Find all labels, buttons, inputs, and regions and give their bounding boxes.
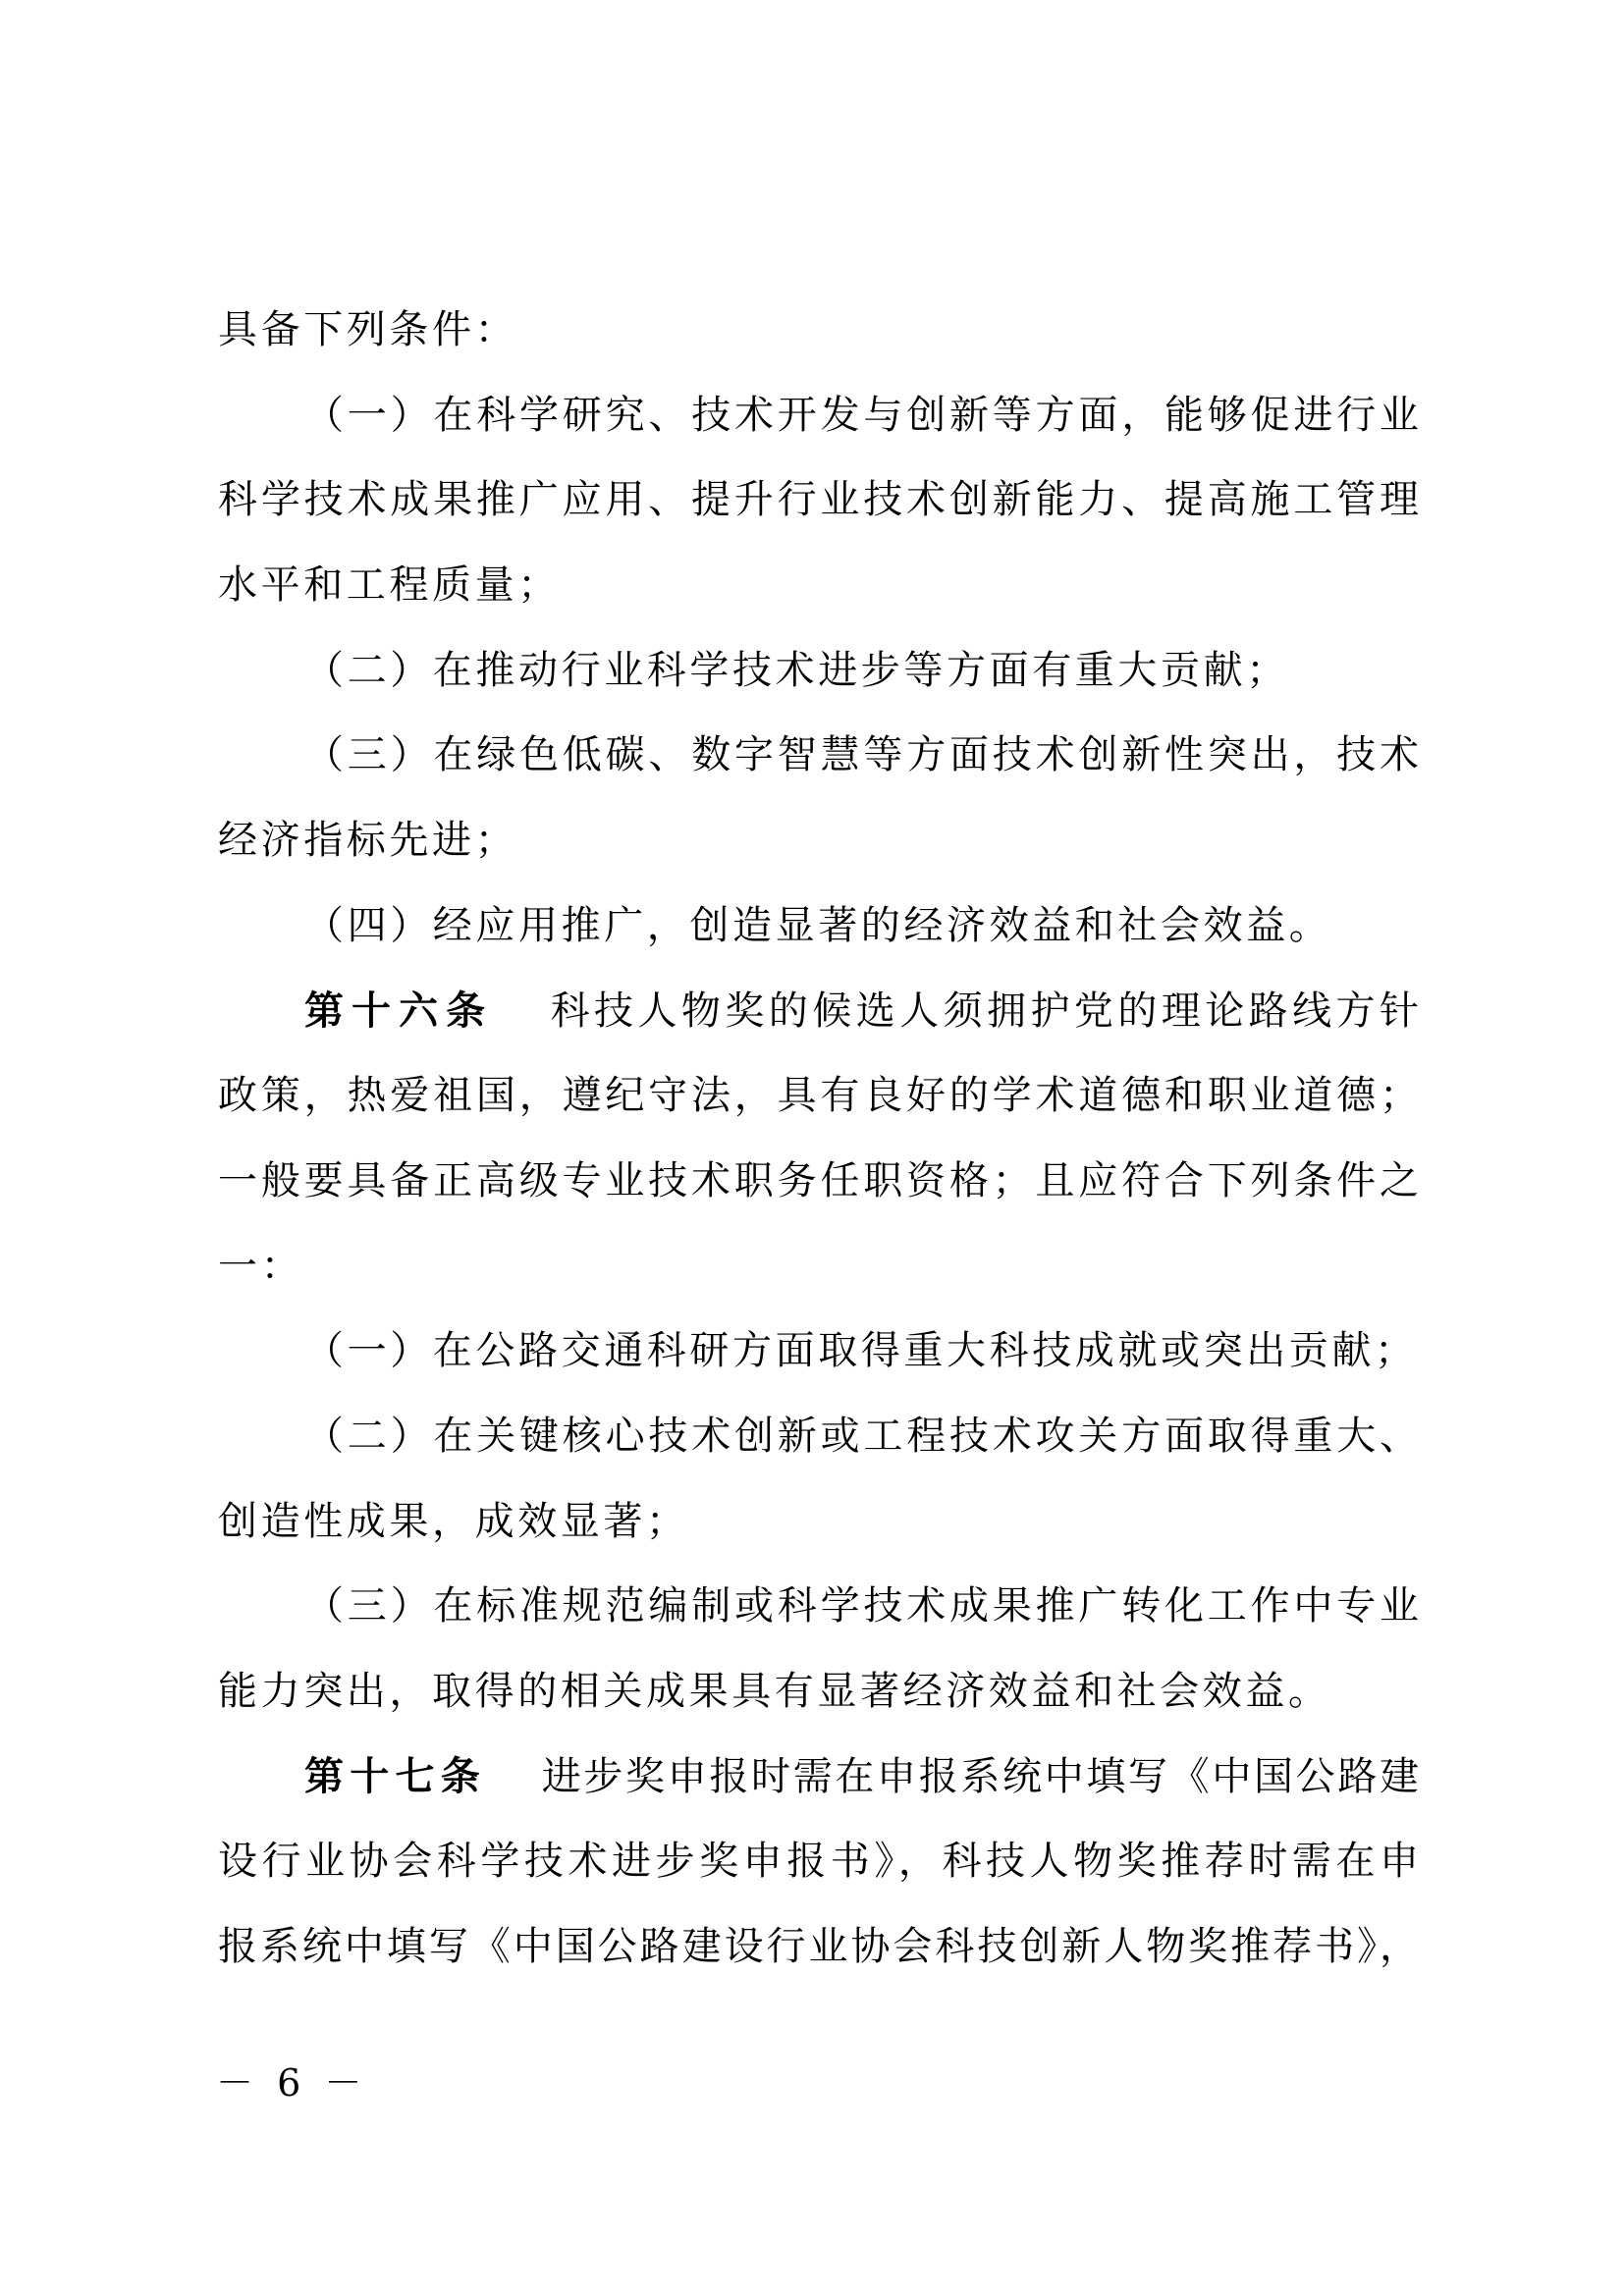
document-body: 具备下列条件： （一）在科学研究、技术开发与创新等方面，能够促进行业 科学技术成…: [218, 288, 1419, 1990]
article-text: 科技人物奖的候选人须拥护党的理论路线方针: [546, 988, 1419, 1034]
paragraph-line: 水平和工程质量；: [218, 543, 1419, 628]
paragraph-line: 报系统中填写《中国公路建设行业协会科技创新人物奖推荐书》，: [218, 1904, 1419, 1990]
page-number: － 6 －: [216, 2061, 367, 2105]
document-page: 具备下列条件： （一）在科学研究、技术开发与创新等方面，能够促进行业 科学技术成…: [0, 0, 1624, 2296]
paragraph-line: 一：: [218, 1224, 1419, 1309]
list-item-line: （三）在绿色低碳、数字智慧等方面技术创新性突出，技术: [218, 713, 1419, 798]
paragraph-line: 具备下列条件：: [218, 288, 1419, 373]
paragraph-line: 政策，热爱祖国，遵纪守法，具有良好的学术道德和职业道德；: [218, 1053, 1419, 1139]
article-heading: 第十六条: [304, 988, 493, 1034]
paragraph-line: 能力突出，取得的相关成果具有显著经济效益和社会效益。: [218, 1649, 1419, 1735]
article-text: 进步奖申报时需在申报系统中填写《中国公路建: [539, 1754, 1419, 1799]
paragraph-line: 创造性成果，成效显著；: [218, 1479, 1419, 1565]
article-16-first-line: 第十六条科技人物奖的候选人须拥护党的理论路线方针: [218, 969, 1419, 1054]
paragraph-line: 经济指标先进；: [218, 798, 1419, 883]
paragraph-line: 科学技术成果推广应用、提升行业技术创新能力、提高施工管理: [218, 457, 1419, 543]
paragraph-line: 设行业协会科学技术进步奖申报书》，科技人物奖推荐时需在申: [218, 1819, 1419, 1904]
list-item-line: （二）在关键核心技术创新或工程技术攻关方面取得重大、: [218, 1394, 1419, 1479]
article-heading: 第十七条: [304, 1753, 486, 1799]
paragraph-line: 一般要具备正高级专业技术职务任职资格；且应符合下列条件之: [218, 1139, 1419, 1224]
list-item-line: （四）经应用推广，创造显著的经济效益和社会效益。: [218, 883, 1419, 969]
list-item-line: （一）在公路交通科研方面取得重大科技成就或突出贡献；: [218, 1308, 1419, 1394]
list-item-line: （二）在推动行业科学技术进步等方面有重大贡献；: [218, 628, 1419, 714]
article-17-first-line: 第十七条进步奖申报时需在申报系统中填写《中国公路建: [218, 1735, 1419, 1820]
list-item-line: （一）在科学研究、技术开发与创新等方面，能够促进行业: [218, 373, 1419, 458]
list-item-line: （三）在标准规范编制或科学技术成果推广转化工作中专业: [218, 1564, 1419, 1649]
